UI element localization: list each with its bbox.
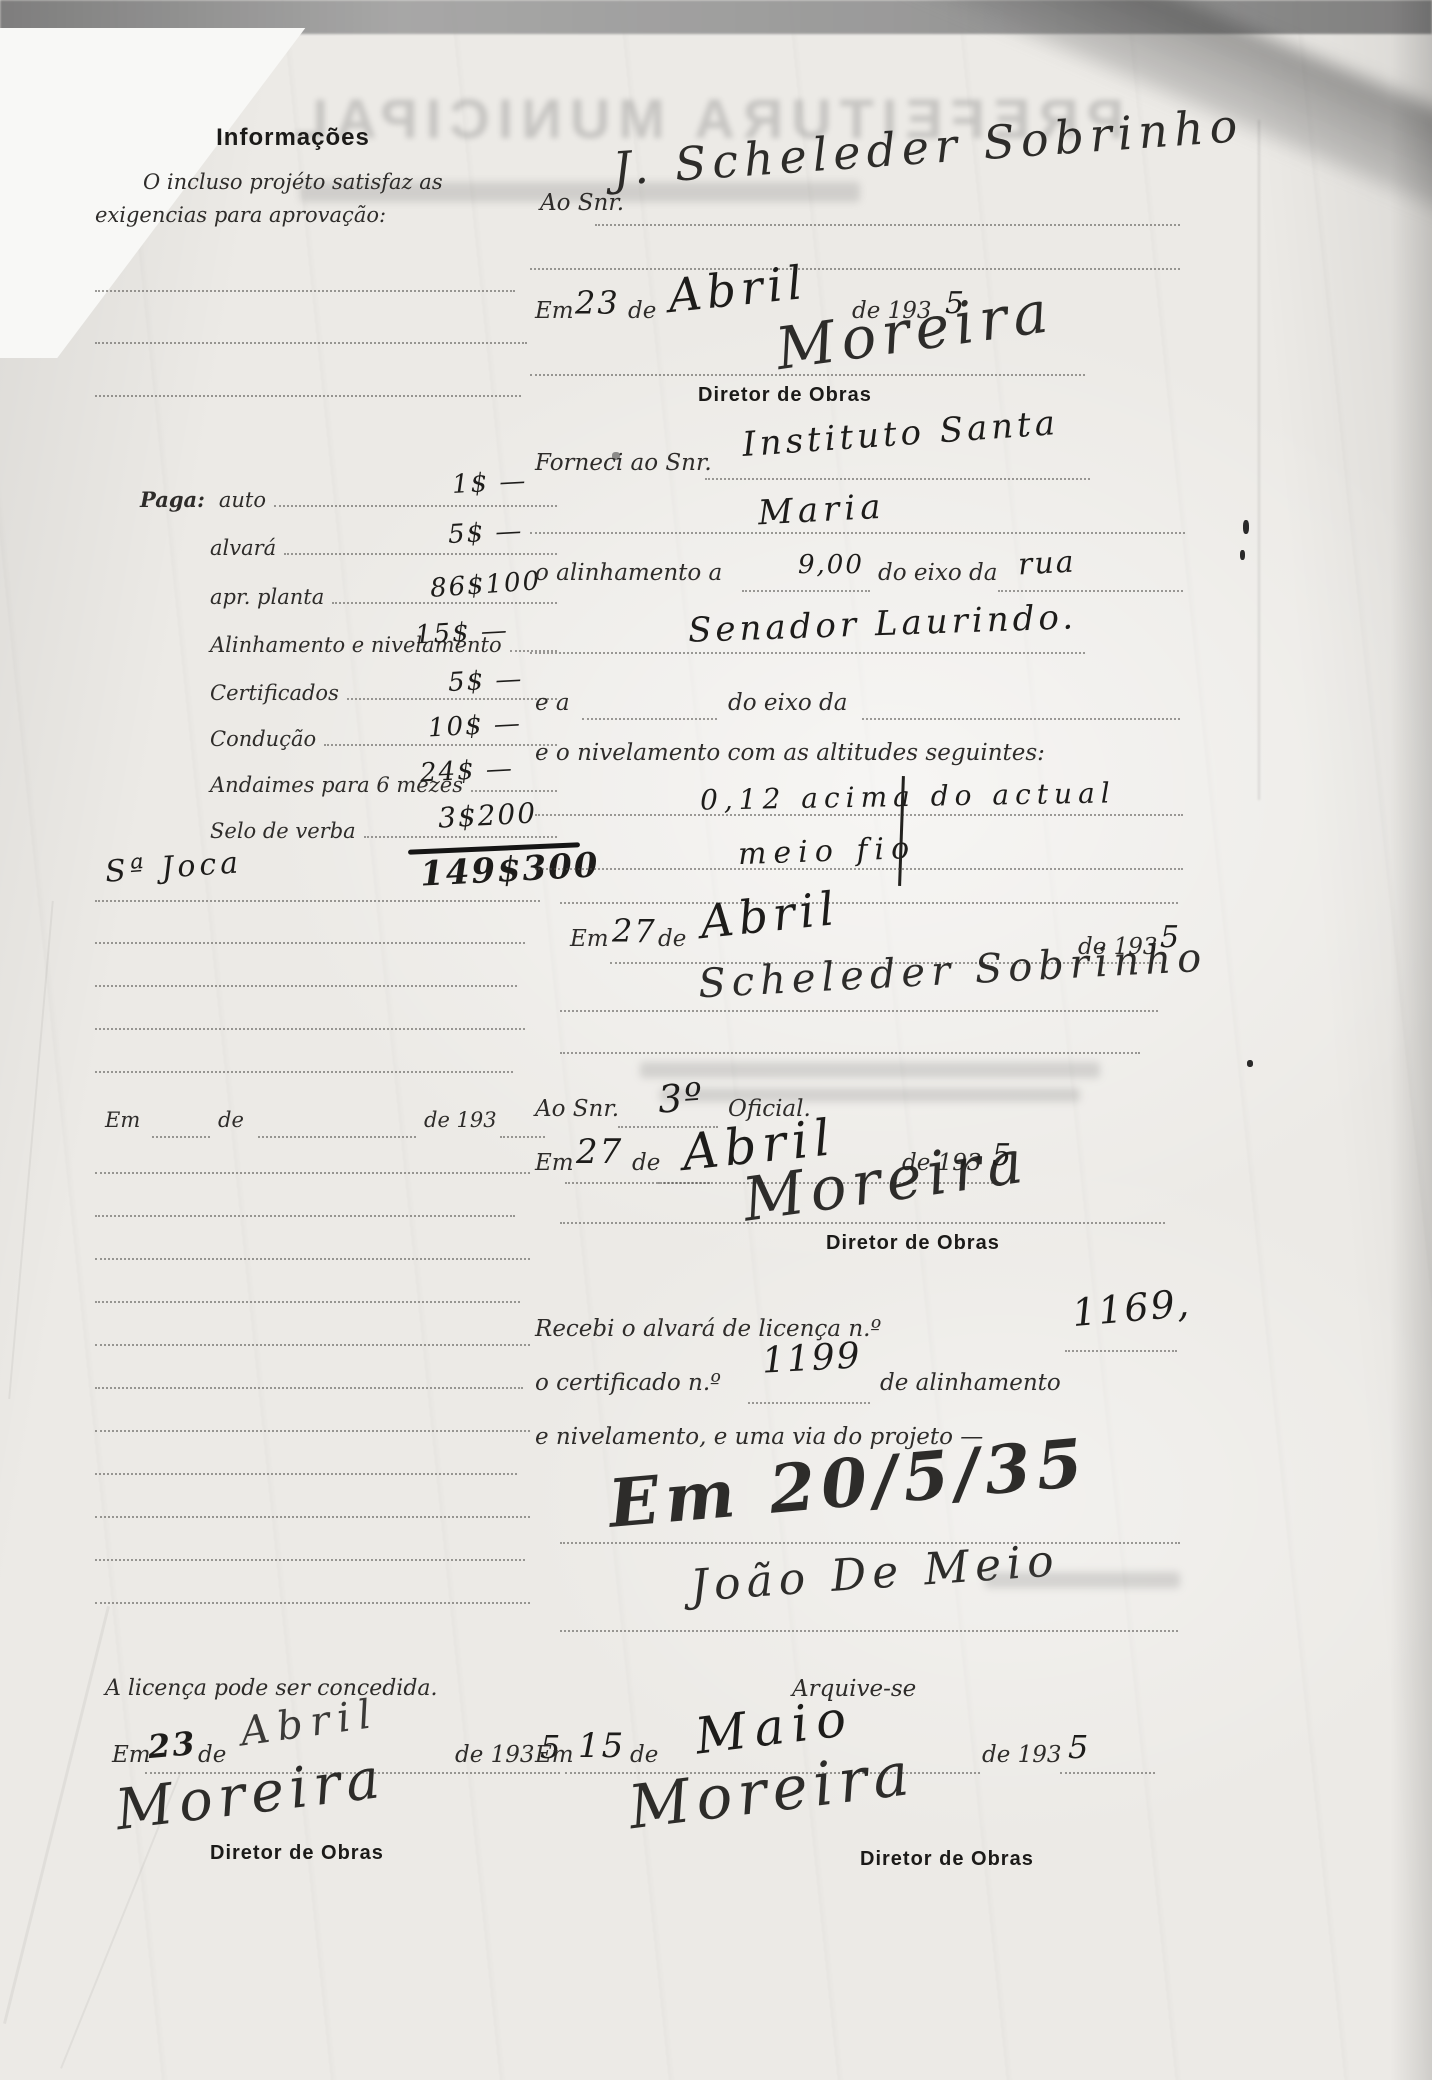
fee-amount: 24$ —: [419, 754, 514, 789]
dotted-leader: [274, 505, 557, 507]
blank-line: [500, 1136, 545, 1138]
blank-line: [998, 590, 1183, 592]
blank-line: [1065, 1350, 1177, 1352]
blank-line: [560, 1630, 1178, 1632]
blank-line: [95, 1028, 525, 1030]
fee-label: apr. planta: [210, 585, 324, 609]
blank-line: [95, 395, 521, 397]
blank-line: [560, 1010, 1158, 1012]
date1-day: 23: [575, 284, 620, 322]
blank-line: [595, 224, 1180, 226]
intro-text: O incluso projéto satisfaz as exigencias…: [95, 166, 547, 231]
blank-line: [95, 1071, 513, 1073]
oficial-number: 3º: [657, 1074, 706, 1121]
do-eixo-da-label: do eixo da: [728, 690, 847, 716]
blank-line: [560, 1052, 1140, 1054]
blank-line: [535, 868, 1183, 870]
blank-line: [95, 1559, 525, 1561]
blank-line: [560, 1222, 1165, 1224]
blank-line: [530, 374, 1085, 376]
fee-label: Selo de verba: [210, 819, 356, 843]
alinhamento-label: o alinhamento a: [535, 560, 722, 586]
blank-line: [582, 718, 717, 720]
date4-year: 5: [1068, 1728, 1090, 1766]
fee-label: auto: [219, 488, 266, 512]
blank-line: [530, 652, 1085, 654]
date2-em: Em: [570, 926, 609, 952]
nivelamento-label: e o nivelamento com as altitudes seguint…: [535, 740, 1045, 766]
recebi-line2-pre: o certificado n.º: [535, 1370, 721, 1396]
bleedthrough-bar: [640, 1062, 1100, 1078]
date-blank-de: de: [218, 1108, 244, 1132]
date1-de: de: [628, 298, 656, 324]
fee-amount: 5$ —: [447, 664, 524, 698]
paper-crease: [1258, 120, 1260, 800]
ink-speck: [1247, 1060, 1253, 1067]
dotted-leader: [324, 744, 557, 746]
alinhamento-value: 9,00: [798, 550, 864, 580]
blank-line: [862, 718, 1180, 720]
blank-line: [95, 290, 515, 292]
oficial-ao-snr: Ao Snr.: [535, 1096, 619, 1122]
blank-line: [95, 342, 527, 344]
dotted-leader: [471, 790, 557, 792]
blank-line: [95, 942, 525, 944]
blank-line: [748, 1402, 870, 1404]
bleedthrough-bar: [985, 1572, 1180, 1588]
date2-day: 27: [612, 912, 657, 950]
fee-label: alvará: [210, 536, 276, 560]
blank-line: [560, 1542, 1180, 1544]
blank-line: [530, 532, 1185, 534]
paga-label: Paga:: [140, 487, 205, 512]
date4-de193: de 193: [982, 1742, 1062, 1768]
blank-line: [535, 814, 1183, 816]
scanned-form-page: PREFEITURA MUNICIPAL Informações O inclu…: [0, 0, 1432, 2080]
date4-day: 15: [578, 1726, 625, 1766]
fee-amount: 1$ —: [451, 466, 528, 500]
dotted-leader: [284, 553, 557, 555]
date2-month: Abril: [698, 881, 842, 949]
dotted-leader: [347, 698, 557, 700]
forneci-name-line1: Instituto Santa: [741, 403, 1060, 465]
recebi-line2-post: de alinhamento: [880, 1370, 1061, 1396]
page-edge-shading: [1390, 0, 1432, 2080]
blank-line: [1060, 1772, 1155, 1774]
blank-line: [95, 985, 517, 987]
alinhamento-rua: rua: [1017, 545, 1076, 583]
date3-day: 27: [576, 1132, 623, 1172]
blank-line: [95, 1473, 517, 1475]
blank-line: [95, 1172, 530, 1174]
ink-speck: [1240, 550, 1245, 560]
role-diretor-de-obras: Diretor de Obras: [860, 1848, 1034, 1871]
fee-amount: 5$ —: [447, 516, 524, 550]
forneci-name-line2: Maria: [757, 487, 886, 534]
blank-line: [258, 1136, 416, 1138]
date1-em: Em: [535, 298, 574, 324]
total-annotation: Sª Joca: [104, 845, 243, 889]
blank-line: [95, 900, 540, 902]
license-note: A licença pode ser concedida.: [105, 1676, 438, 1701]
date3-de: de: [632, 1150, 660, 1176]
license-date-em: Em: [112, 1742, 151, 1768]
paper-wrinkle: [3, 1606, 110, 2024]
fee-amount: 10$ —: [427, 709, 522, 744]
license-date-day: 23: [146, 1724, 198, 1766]
date-blank-em: Em: [105, 1108, 140, 1132]
signature: Moreira: [772, 277, 1058, 383]
blank-line: [95, 1387, 523, 1389]
bleedthrough-bar: [660, 1088, 1080, 1102]
blank-line: [95, 1258, 530, 1260]
ao-snr-label: Ao Snr.: [540, 190, 624, 216]
role-diretor-de-obras: Diretor de Obras: [698, 384, 872, 407]
blank-line: [95, 1430, 530, 1432]
date3-em: Em: [535, 1150, 574, 1176]
dotted-leader: [364, 836, 557, 838]
nivelamento-note-line1: 0,12 acima do actual: [700, 776, 1116, 816]
blank-line: [152, 1136, 210, 1138]
fee-amount: 15$ —: [414, 616, 509, 651]
fees-total: 149$300: [419, 845, 600, 894]
date4-em: Em: [535, 1742, 574, 1768]
blank-line: [705, 478, 1090, 480]
license-date-de: de: [198, 1742, 226, 1768]
date4-de: de: [630, 1742, 658, 1768]
ink-speck: [1243, 520, 1249, 534]
role-diretor-de-obras: Diretor de Obras: [210, 1842, 384, 1865]
forneci-label: Forneci ao Snr.: [535, 450, 712, 476]
blank-line: [95, 1516, 530, 1518]
signature: Scheleder Sobrinho: [697, 935, 1208, 1008]
blank-line: [560, 902, 1178, 904]
fee-label: Condução: [210, 727, 316, 751]
street-name: Senador Laurindo.: [687, 597, 1077, 651]
nivelamento-note-line2: meio fio: [737, 831, 916, 872]
certificate-number: 1199: [761, 1335, 863, 1381]
fee-label: Certificados: [210, 681, 339, 705]
blank-line: [95, 1344, 530, 1346]
blank-line: [95, 1301, 520, 1303]
license-number: 1169,: [1070, 1281, 1192, 1335]
date2-de: de: [658, 926, 686, 952]
ea-label: e a: [535, 690, 570, 716]
section-title-informacoes: Informações: [178, 124, 408, 152]
blank-line: [530, 268, 1180, 270]
license-date-de193: de 193: [455, 1742, 535, 1768]
blank-line: [742, 590, 870, 592]
blank-line: [95, 1215, 515, 1217]
date-blank-de193: de 193: [424, 1108, 497, 1132]
paper-wrinkle: [8, 901, 54, 1399]
role-diretor-de-obras: Diretor de Obras: [826, 1232, 1000, 1255]
blank-line: [95, 1602, 530, 1604]
fee-amount: 3$200: [437, 796, 538, 834]
alinhamento-mid: do eixo da: [878, 560, 997, 586]
